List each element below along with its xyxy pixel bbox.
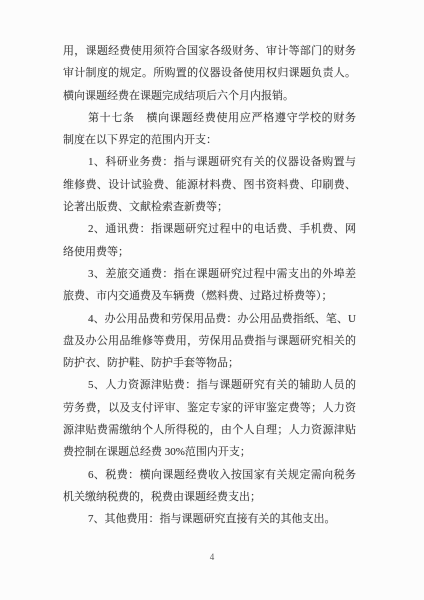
scanned-document-page: 用，课题经费使用须符合国家各级财务、审计等部门的财务 审计制度的规定。所购置的仪…: [0, 0, 424, 600]
document-line: 2、通讯费：指课题研究过程中的电话费、手机费、网: [63, 218, 356, 240]
document-body: 用，课题经费使用须符合国家各级财务、审计等部门的财务 审计制度的规定。所购置的仪…: [63, 40, 356, 531]
document-line: 1、科研业务费：指与课题研究有关的仪器设备购置与: [63, 151, 356, 173]
page-number: 4: [0, 551, 424, 563]
document-line: 盘及办公用品维修等费用，劳保用品费指与课题研究相关的: [63, 330, 356, 352]
document-line: 3、差旅交通费：指在课题研究过程中需支出的外埠差: [63, 263, 356, 285]
document-line: 5、人力资源津贴费：指与课题研究有关的辅助人员的: [63, 374, 356, 396]
document-line: 横向课题经费在课题完成结项后六个月内报销。: [63, 85, 356, 107]
document-line: 费控制在课题总经费 30%范围内开支；: [63, 441, 356, 463]
document-line: 防护衣、防护鞋、防护手套等物品；: [63, 352, 356, 374]
document-line: 制度在以下界定的范围内开支：: [63, 129, 356, 151]
document-line: 源津贴费需缴纳个人所得税的，由个人自理；人力资源津贴: [63, 419, 356, 441]
document-line: 机关缴纳税费的，税费由课题经费支出；: [63, 486, 356, 508]
document-line: 论著出版费、文献检索查新费等；: [63, 196, 356, 218]
document-line: 旅费、市内交通费及车辆费（燃料费、过路过桥费等）；: [63, 285, 356, 307]
document-line: 第十七条 横向课题经费使用应严格遵守学校的财务: [63, 107, 356, 129]
document-line: 4、办公用品费和劳保用品费：办公用品费指纸、笔、U: [63, 308, 356, 330]
document-line: 劳务费，以及支付评审、鉴定专家的评审鉴定费等；人力资: [63, 397, 356, 419]
document-line: 审计制度的规定。所购置的仪器设备使用权归课题负责人。: [63, 62, 356, 84]
document-line: 7、其他费用：指与课题研究直接有关的其他支出。: [63, 508, 356, 530]
document-line: 用，课题经费使用须符合国家各级财务、审计等部门的财务: [63, 40, 356, 62]
document-line: 6、税费：横向课题经费收入按国家有关规定需向税务: [63, 464, 356, 486]
document-line: 维修费、设计试验费、能源材料费、图书资料费、印刷费、: [63, 174, 356, 196]
document-line: 络使用费等；: [63, 241, 356, 263]
